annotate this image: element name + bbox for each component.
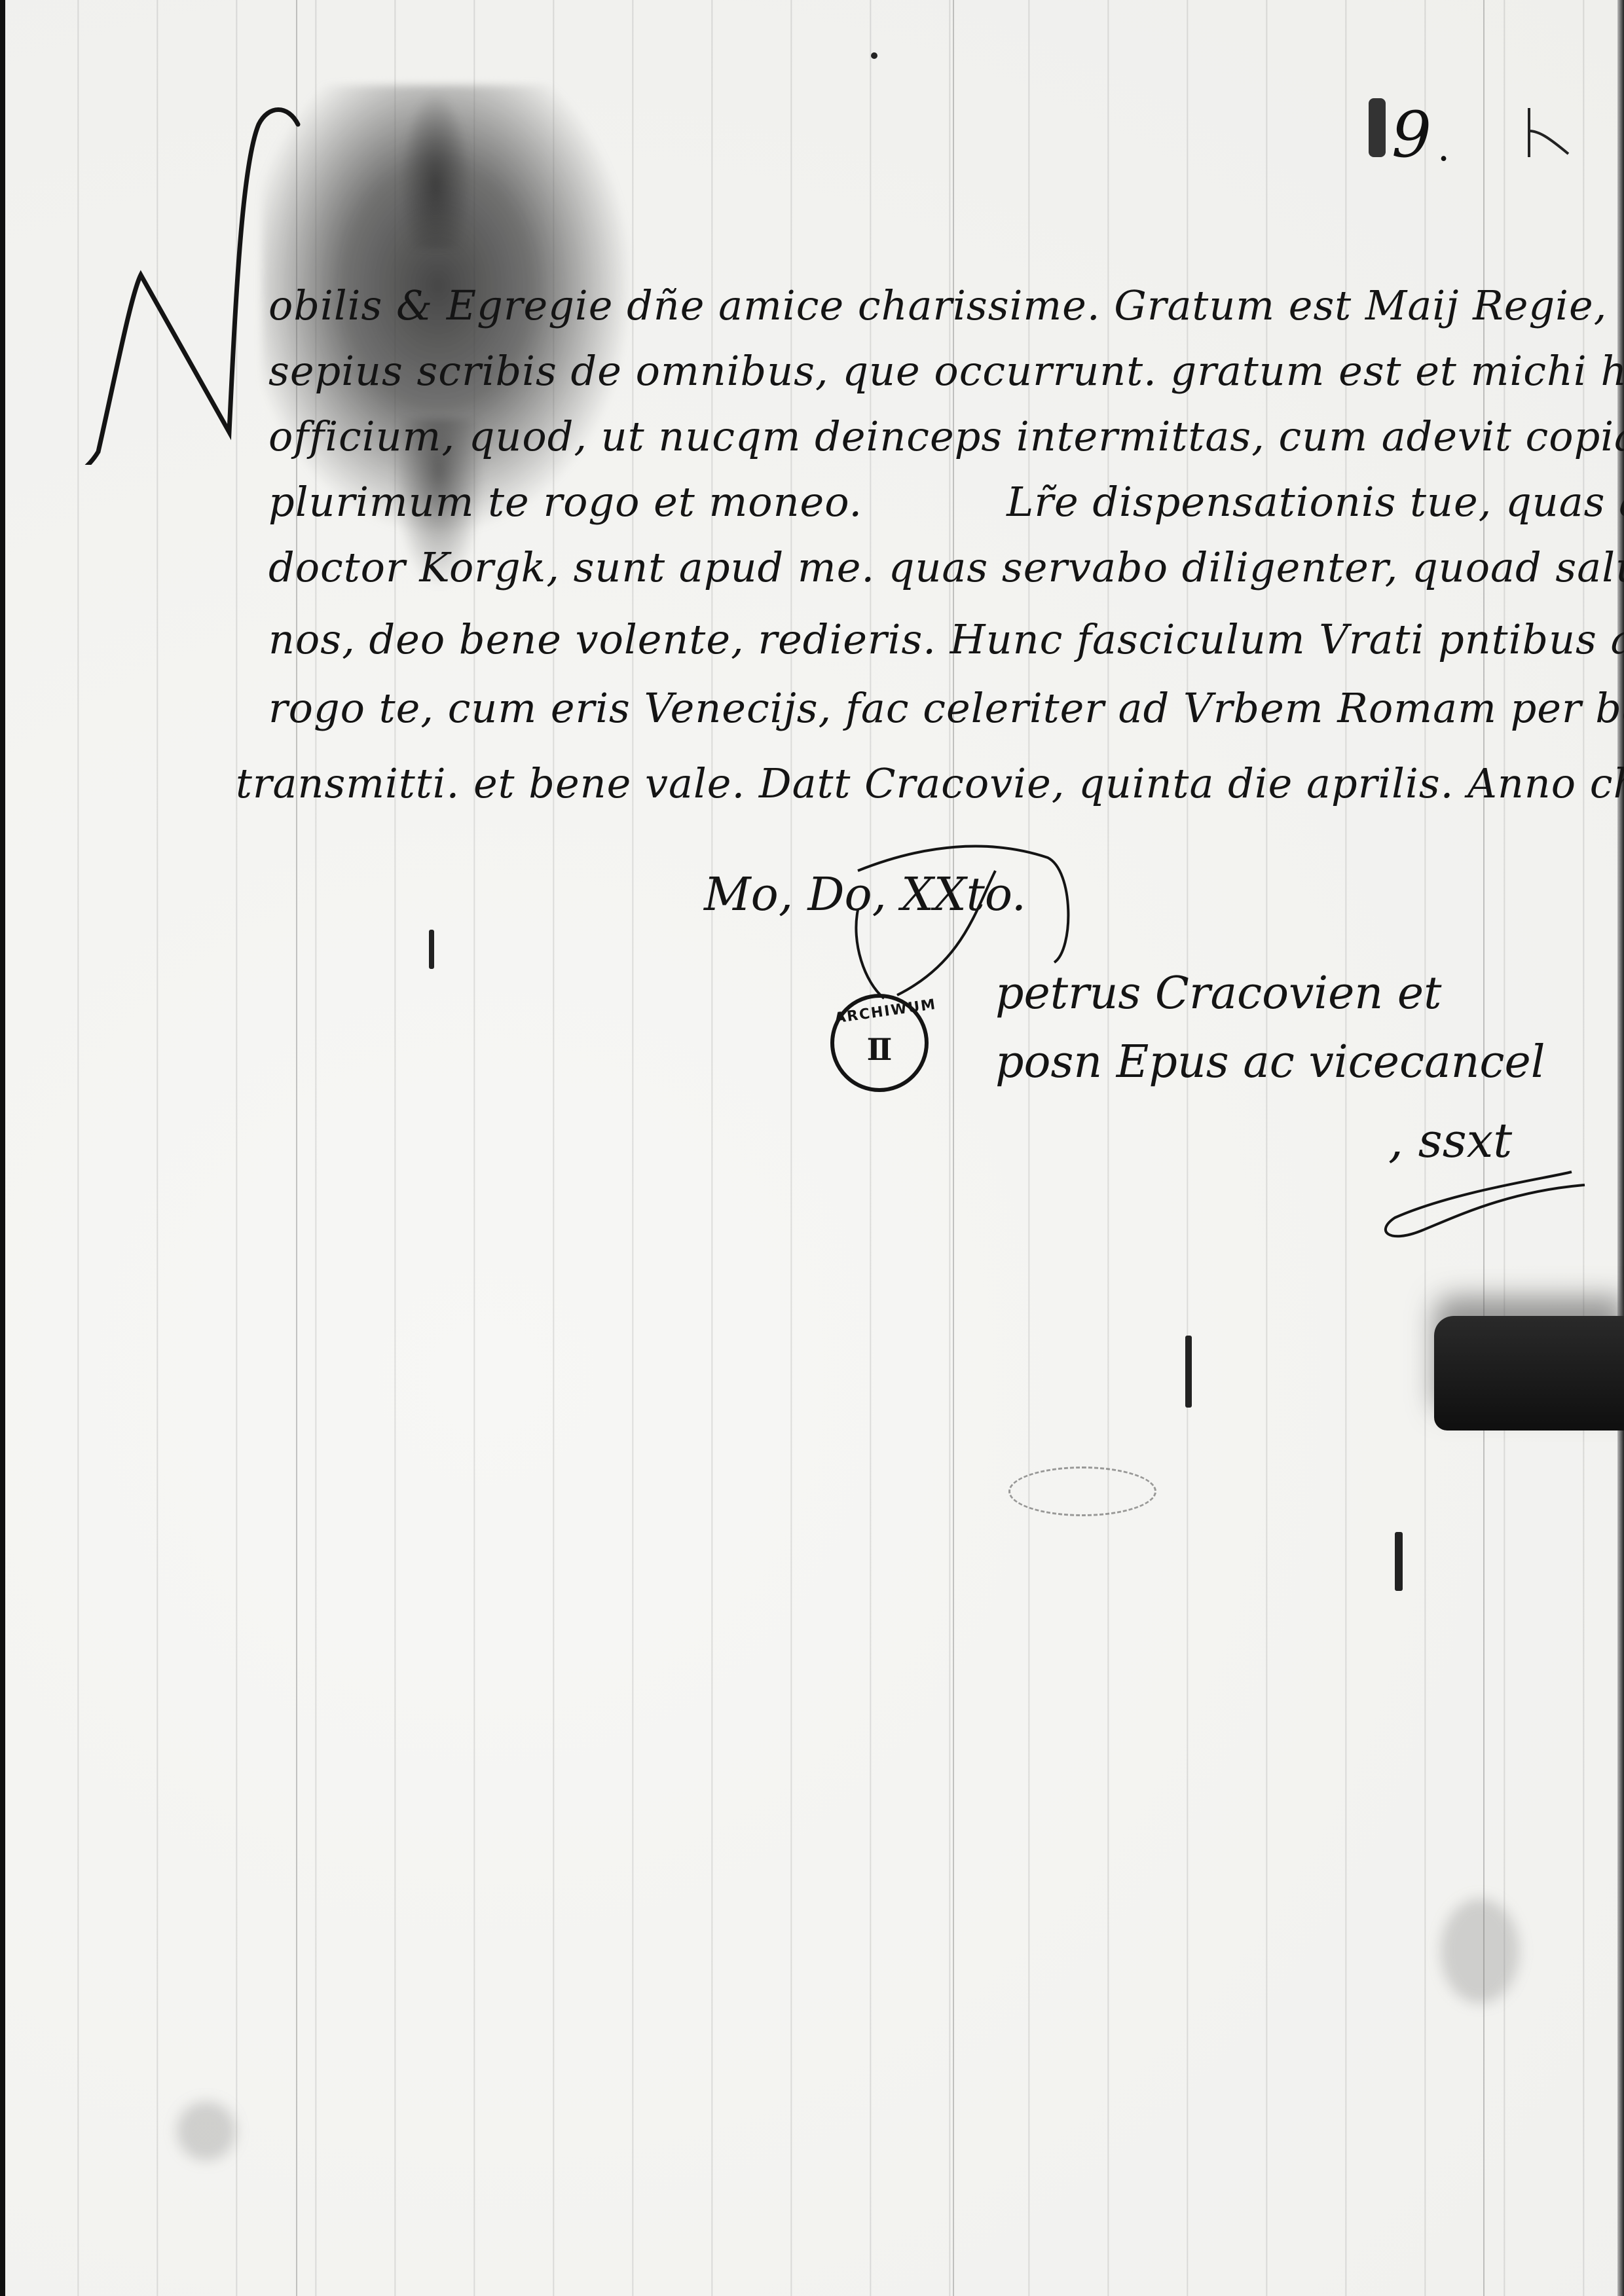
body-line-1: obilis & Egregie dñe amice charissime. G…: [268, 282, 1624, 329]
ink-blot-stain-top: [399, 92, 471, 249]
ink-speck: [871, 52, 877, 59]
binding-clip-shadow: [1434, 1316, 1624, 1430]
folio-dot: .: [1437, 124, 1450, 170]
ink-mark: [429, 930, 434, 969]
ink-blot-small: [1369, 98, 1386, 157]
ink-mark: [1185, 1336, 1192, 1408]
body-line-4b: Lr̃e dispensationis tue, quas attulit: [1006, 478, 1624, 526]
signature-flourish-icon: [1375, 1152, 1591, 1244]
signature-line-1: petrus Cracovien et: [995, 959, 1545, 1028]
body-line-7: rogo te, cum eris Venecijs, fac celerite…: [268, 684, 1624, 732]
signature-line-2: posn Epus ac vicecancel: [995, 1028, 1545, 1097]
paper-crease: [953, 0, 954, 2296]
body-line-2: sepius scribis de omnibus, que occurrunt…: [268, 347, 1624, 395]
body-line-4: plurimum te rogo et moneo.Lr̃e dispensat…: [268, 478, 1624, 526]
stamp-center-mark: Ⅱ: [834, 1032, 925, 1067]
water-stain-ring: [1008, 1467, 1156, 1516]
body-line-8: transmitti. et bene vale. Datt Cracovie,…: [236, 759, 1624, 807]
corner-tick-mark-icon: [1526, 105, 1572, 164]
decorated-initial-n-icon: [0, 98, 314, 465]
body-line-3: officium, quod, ut nucqm deinceps interm…: [268, 412, 1624, 460]
ink-mark: [1395, 1532, 1403, 1591]
paper-smudge: [1441, 1899, 1519, 2003]
folio-number: 9: [1392, 98, 1431, 172]
body-line-5: doctor Korgk, sunt apud me. quas servabo…: [268, 543, 1624, 591]
page-right-edge: [1617, 0, 1624, 2296]
paper-smudge: [177, 2102, 236, 2160]
body-line-6: nos, deo bene volente, redieris. Hunc fa…: [268, 615, 1624, 663]
signature-block: petrus Cracovien et posn Epus ac vicecan…: [995, 959, 1545, 1097]
manuscript-page: 9 . obilis & Egregie dñe amice charissim…: [0, 0, 1624, 2296]
archive-stamp: ARCHIWUM Ⅱ: [830, 994, 929, 1092]
body-line-4a: plurimum te rogo et moneo.: [268, 478, 862, 526]
